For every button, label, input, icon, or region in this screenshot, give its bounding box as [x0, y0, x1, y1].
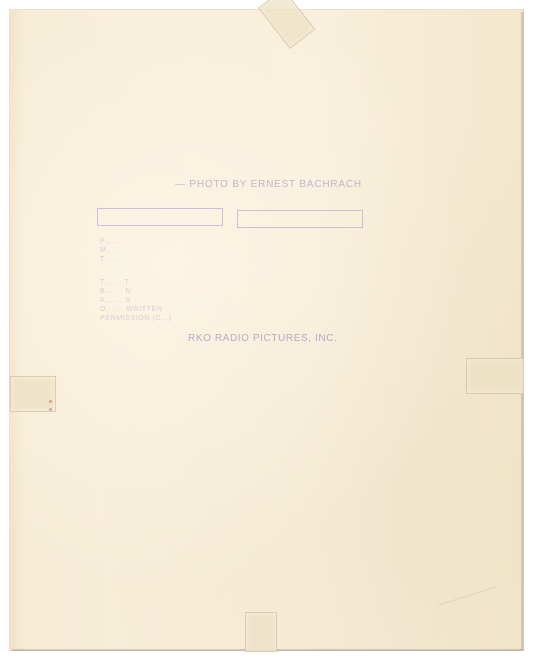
- photographer-credit-stamp: — PHOTO BY ERNEST BACHRACH: [175, 179, 362, 190]
- stamp-line: B... ... N: [100, 287, 360, 296]
- tape-piece-bottom: [245, 612, 277, 652]
- red-stain-mark: [49, 408, 52, 411]
- stamp-line: O... ... WRITTEN: [100, 305, 360, 314]
- stamp-paragraph-2: T... ... T B... ... N A... ... S O... ..…: [100, 278, 360, 323]
- paper-edge-right: [521, 12, 523, 650]
- stamp-line: T... ...: [100, 255, 360, 264]
- red-stain-mark: [49, 400, 52, 403]
- stamp-box-left: [97, 208, 223, 226]
- tape-piece-right: [466, 358, 524, 394]
- stamp-line: A... ... S: [100, 296, 360, 305]
- stamp-paragraph-1: P... ... M... ... T... ...: [100, 237, 360, 264]
- photo-back-paper: [10, 10, 523, 650]
- stamp-box-right: [237, 210, 363, 228]
- stamp-line: P... ...: [100, 237, 360, 246]
- tape-piece-left: [10, 376, 56, 412]
- stamp-line: T... ... T: [100, 278, 360, 287]
- stamp-line: M... ...: [100, 246, 360, 255]
- studio-company-stamp: RKO RADIO PICTURES, INC.: [188, 333, 337, 344]
- stamp-line: PERMISSION (C...): [100, 314, 360, 323]
